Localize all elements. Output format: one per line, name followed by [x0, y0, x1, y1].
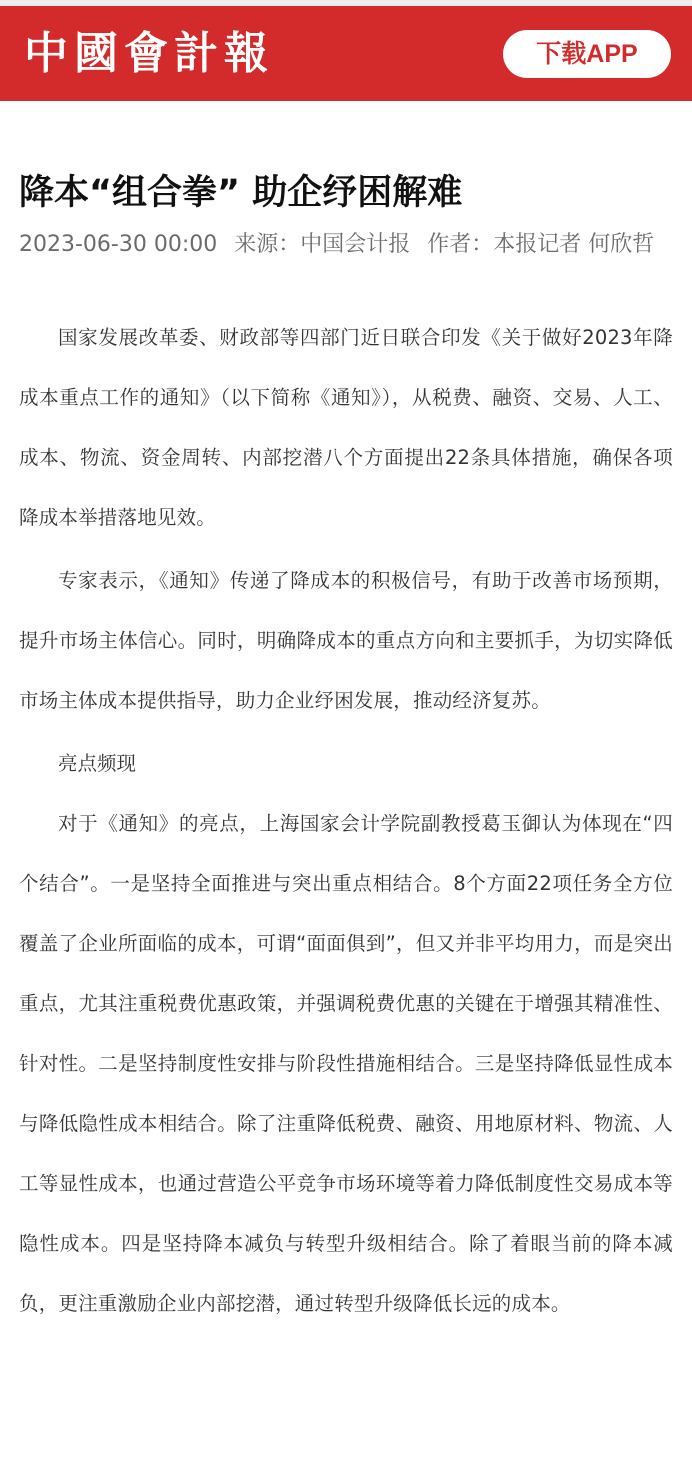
section-subheading: 亮点频现	[19, 734, 673, 794]
article-meta: 2023-06-30 00:00 来源：中国会计报 作者：本报记者 何欣哲	[19, 230, 669, 260]
article-body: 国家发展改革委、财政部等四部门近日联合印发《关于做好2023年降成本重点工作的通…	[19, 308, 673, 1334]
article-source: 来源：中国会计报	[234, 232, 410, 257]
article-title: 降本“组合拳” 助企纾困解难	[19, 160, 673, 226]
site-header: 中國會計報 下载APP	[0, 6, 692, 101]
article-paragraph: 对于《通知》的亮点，上海国家会计学院副教授葛玉御认为体现在“四个结合”。一是坚持…	[19, 794, 673, 1334]
article-paragraph: 专家表示，《通知》传递了降成本的积极信号，有助于改善市场预期，提升市场主体信心。…	[19, 551, 673, 731]
article-paragraph: 国家发展改革委、财政部等四部门近日联合印发《关于做好2023年降成本重点工作的通…	[19, 308, 673, 548]
download-app-button[interactable]: 下载APP	[503, 30, 671, 78]
article: 降本“组合拳” 助企纾困解难 2023-06-30 00:00 来源：中国会计报…	[19, 160, 673, 1337]
site-logo[interactable]: 中國會計報	[24, 28, 274, 80]
publish-datetime: 2023-06-30 00:00	[19, 232, 217, 257]
article-author: 作者：本报记者 何欣哲	[427, 232, 654, 257]
